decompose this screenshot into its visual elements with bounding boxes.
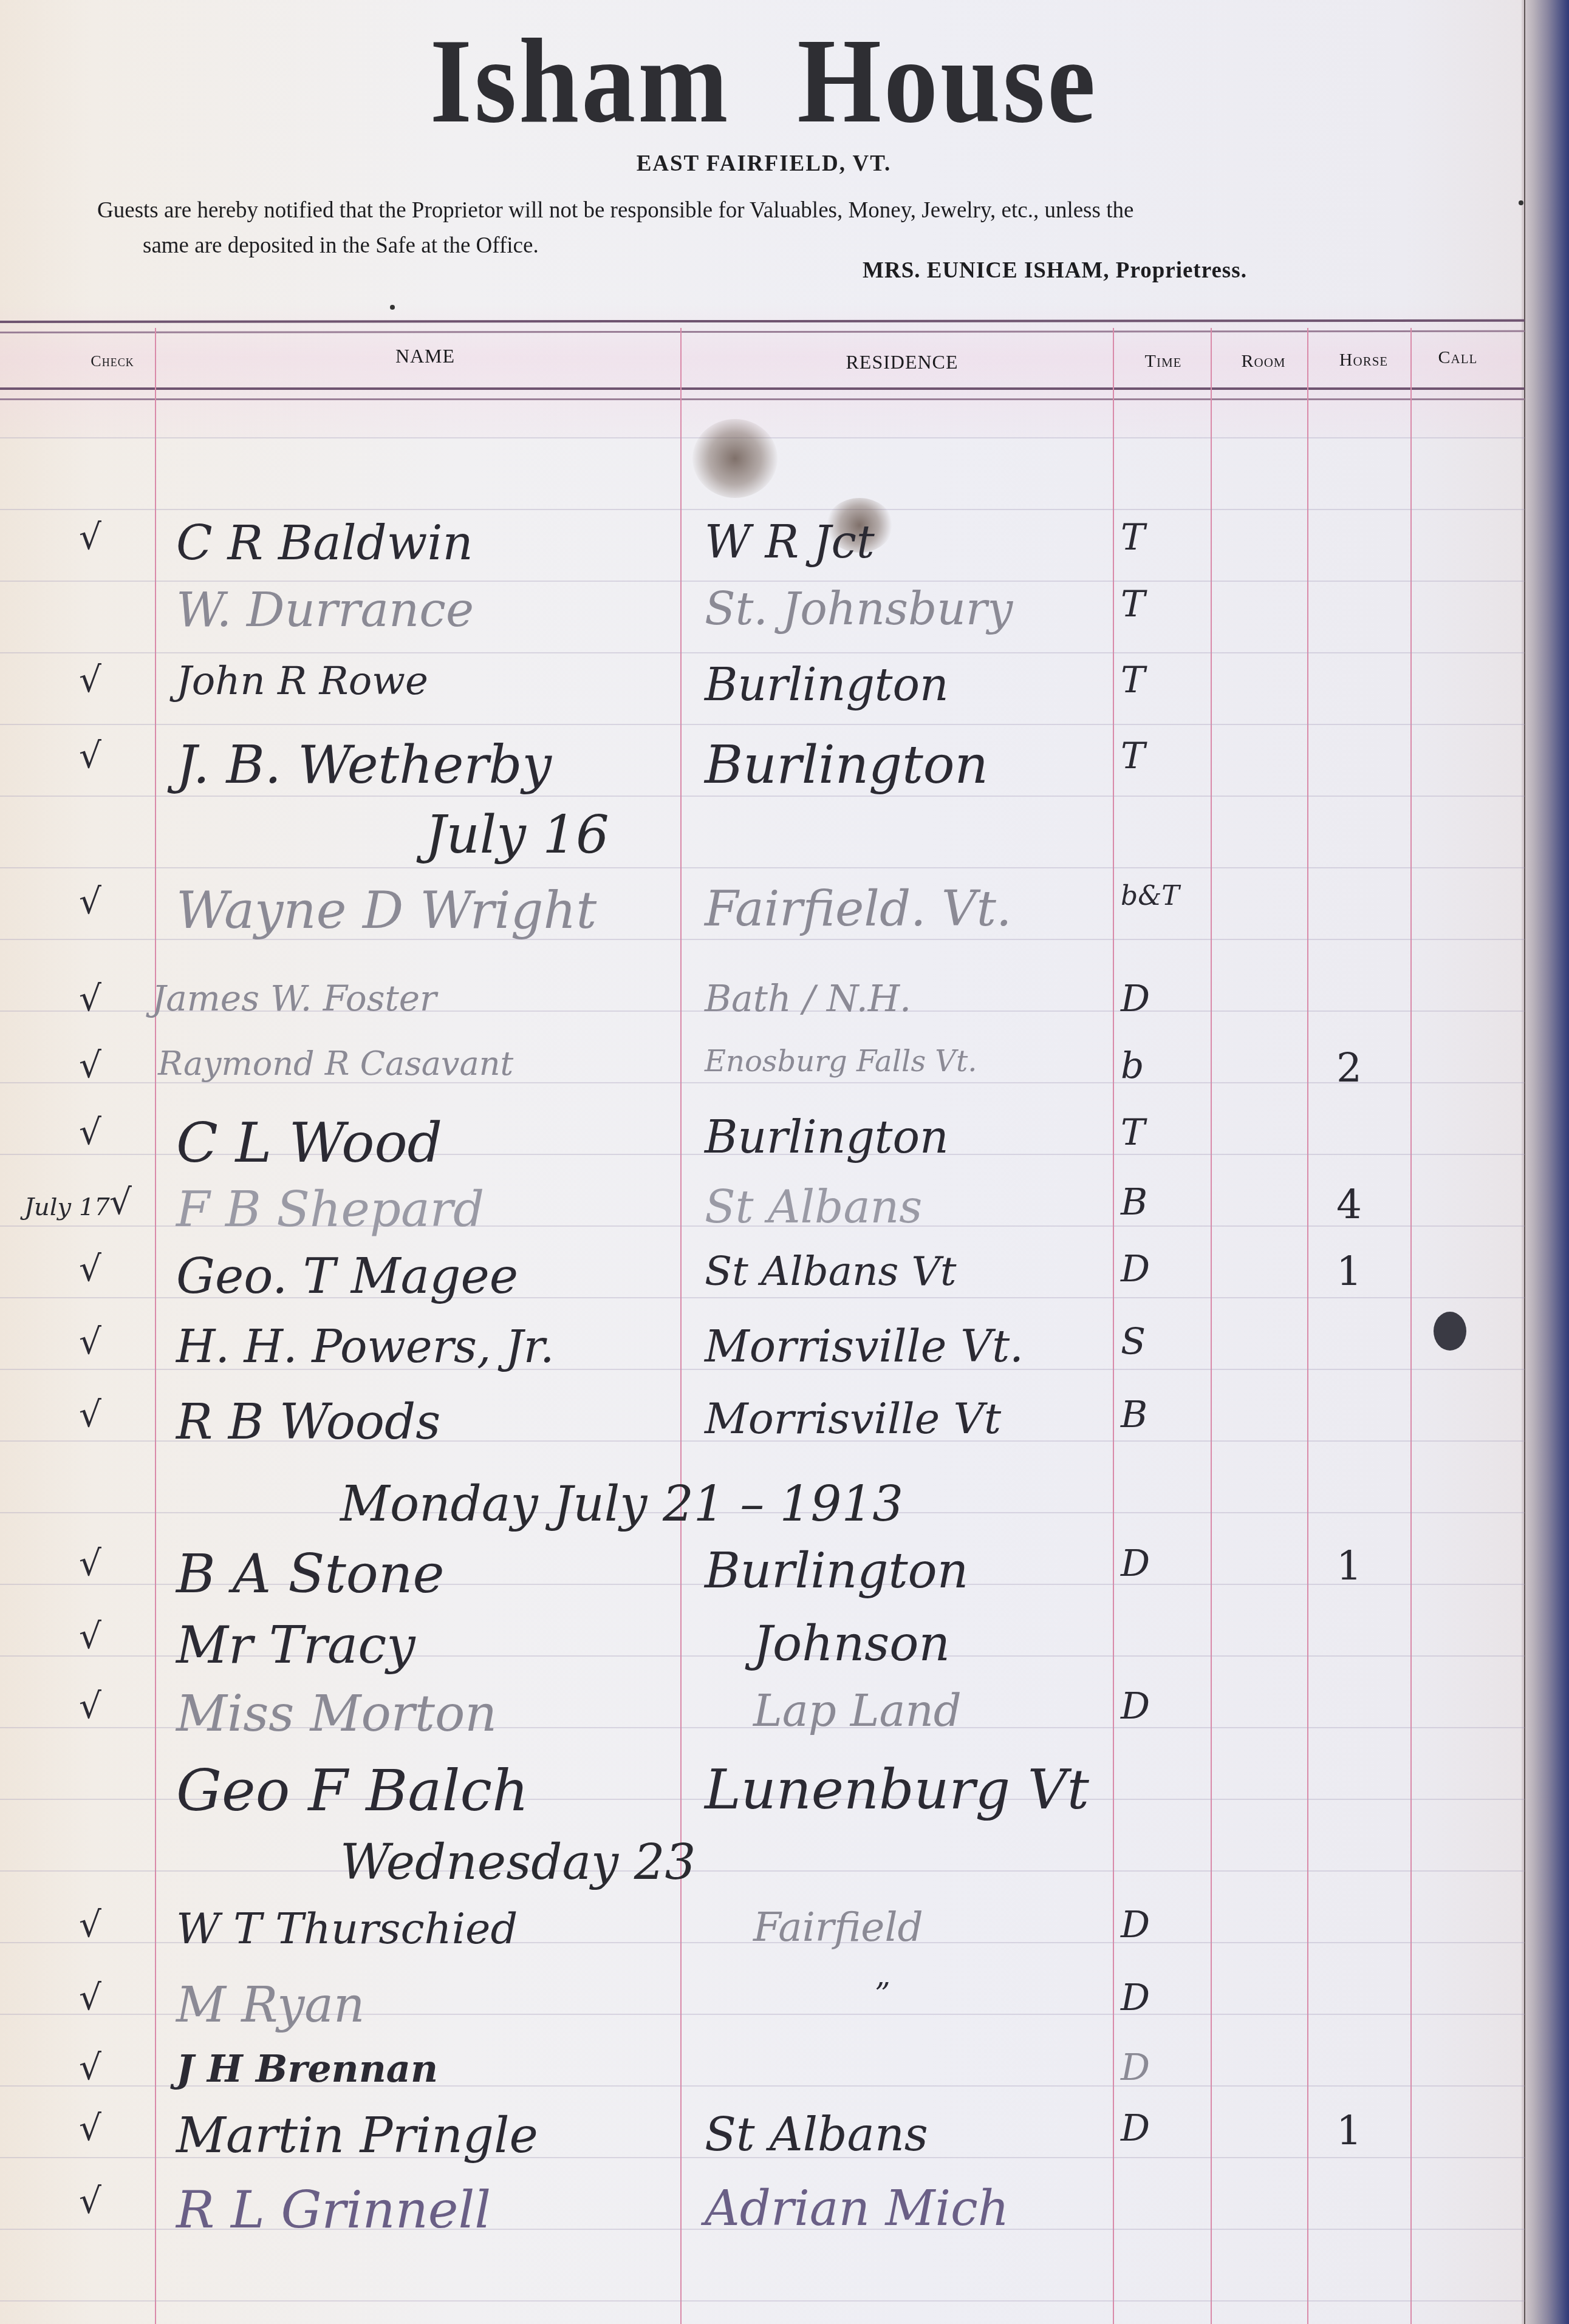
guest-name: C R Baldwin (176, 516, 473, 571)
proprietress-line: MRS. EUNICE ISHAM, Proprietress. (863, 257, 1247, 284)
column-header-name: NAME (364, 345, 486, 367)
guest-name: H. H. Powers, Jr. (176, 1321, 554, 1373)
date-heading-july-16: July 16 (425, 805, 609, 865)
guest-residence: Johnson (753, 1615, 950, 1672)
guest-residence: St Albans (705, 2107, 928, 2161)
check-mark: √ (79, 1248, 101, 1289)
guest-time: D (1121, 1904, 1150, 1946)
check-mark: √ (79, 881, 101, 922)
guest-time: D (1121, 1685, 1150, 1728)
printed-dot (390, 305, 395, 310)
guest-time: S (1121, 1321, 1146, 1363)
column-header-row: Check NAME RESIDENCE Time Room Horse Cal… (0, 328, 1525, 389)
check-mark: √ (79, 2180, 101, 2221)
register-entry: √ B A Stone Burlington D 1 (0, 1542, 1525, 1609)
ruled-line (0, 509, 1525, 510)
guest-time: D (1121, 1248, 1150, 1290)
guest-time: b (1121, 1044, 1144, 1087)
ink-stain (692, 419, 778, 498)
notice-line-1: Guests are hereby notified that the Prop… (97, 198, 1133, 223)
guest-name: Miss Morton (176, 1685, 497, 1743)
guest-residence: Morrisville Vt. (705, 1321, 1024, 1372)
column-header-residence: RESIDENCE (817, 351, 987, 373)
guest-name: Martin Pringle (176, 2107, 538, 2164)
column-header-check: Check (64, 352, 161, 370)
guest-time: b&T (1121, 881, 1180, 912)
register-entry: √ James W. Foster Bath / N.H. D (0, 978, 1525, 1044)
guest-name: Mr Tracy (176, 1615, 415, 1675)
register-entry: √ Wayne D Wright Fairfield. Vt. b&T (0, 881, 1525, 947)
title-word-2: House (798, 13, 1098, 148)
register-entry: √ H. H. Powers, Jr. Morrisville Vt. S (0, 1321, 1525, 1388)
column-header-time: Time (1124, 351, 1203, 372)
guest-residence: Morrisville Vt (705, 1394, 1001, 1443)
guest-residence: St Albans Vt (705, 1248, 957, 1295)
guest-name: Geo F Balch (176, 1758, 529, 1824)
guest-residence: W R Jct (705, 516, 875, 568)
check-mark: √ (79, 2107, 101, 2149)
guest-residence: Lunenburg Vt (705, 1758, 1089, 1822)
book-binding-edge (1522, 0, 1569, 2324)
guest-time: T (1121, 583, 1145, 625)
guest-residence: Lap Land (753, 1685, 962, 1736)
column-header-horse: Horse (1321, 350, 1406, 370)
check-mark: √ (79, 978, 101, 1019)
guest-name: J. B. Wetherby (176, 735, 552, 796)
guest-time: D (1121, 1542, 1150, 1585)
register-entry: √ R B Woods Morrisville Vt B (0, 1394, 1525, 1460)
header-bottom-rule (0, 387, 1525, 400)
check-mark: √ (79, 659, 101, 700)
register-entry: √ R L Grinnell Adrian Mich (0, 2180, 1525, 2247)
guest-time: B (1121, 1181, 1147, 1224)
guest-name: James W. Foster (152, 978, 437, 1019)
guest-horse: 4 (1336, 1181, 1362, 1228)
register-entry: √ J. B. Wetherby Burlington T (0, 735, 1525, 802)
register-entry: √ Mr Tracy Johnson (0, 1615, 1525, 1682)
register-entry: √ C L Wood Burlington T (0, 1111, 1525, 1178)
check-mark: √ (79, 1321, 101, 1362)
guest-residence: Fairfield. Vt. (705, 881, 1011, 937)
column-header-room: Room (1221, 351, 1306, 372)
check-mark: √ (79, 2046, 101, 2088)
column-header-call: Call (1418, 347, 1497, 368)
guest-residence: Fairfield (753, 1904, 923, 1951)
guest-name: W T Thurschied (176, 1904, 518, 1954)
register-entry: W. Durrance St. Johnsbury T (0, 583, 1525, 650)
ruled-line (0, 1870, 1525, 1872)
check-mark: √ (79, 516, 101, 557)
guest-time: D (1121, 2046, 1150, 2089)
ruled-line (0, 2300, 1525, 2302)
guest-time: B (1121, 1394, 1147, 1436)
hotel-location: EAST FAIRFIELD, VT. (0, 151, 1528, 177)
guest-name: W. Durrance (176, 583, 474, 638)
date-heading-monday: Monday July 21 – 1913 (340, 1476, 903, 1532)
guest-residence: Adrian Mich (705, 2180, 1009, 2237)
ruled-line (0, 867, 1525, 868)
proprietress-name: MRS. EUNICE ISHAM, (863, 258, 1110, 283)
guest-horse: 2 (1336, 1044, 1362, 1091)
check-mark: √ (79, 1394, 101, 1435)
guest-horse: 1 (1336, 1248, 1362, 1295)
check-mark: √ (109, 1181, 132, 1222)
guest-name: Raymond R Casavant (158, 1044, 513, 1083)
guest-time: T (1121, 735, 1145, 777)
guest-time: D (1121, 1977, 1150, 2019)
guest-residence: Burlington (705, 1111, 949, 1164)
register-entry: √ Miss Morton Lap Land D (0, 1685, 1525, 1752)
guest-name: R L Grinnell (176, 2180, 491, 2240)
check-mark: √ (79, 1044, 101, 1086)
check-mark: √ (79, 735, 101, 776)
register-entry: √ F B Shepard St Albans B 4 (0, 1181, 1525, 1248)
guest-name: Wayne D Wright (176, 881, 596, 940)
check-mark: √ (79, 1977, 101, 2018)
guest-name: Geo. T Magee (176, 1248, 518, 1304)
guest-residence: Burlington (705, 735, 988, 796)
guest-time: T (1121, 659, 1145, 701)
guest-time: T (1121, 1111, 1145, 1154)
title-word-1: Isham (430, 13, 731, 148)
check-mark: √ (79, 1111, 101, 1153)
date-heading-wednesday: Wednesday 23 (340, 1834, 696, 1890)
guest-name: C L Wood (176, 1111, 442, 1175)
guest-horse: 1 (1336, 1542, 1362, 1589)
guest-horse: 1 (1336, 2107, 1362, 2154)
guest-residence: Burlington (705, 659, 949, 711)
guest-time: D (1121, 978, 1150, 1020)
check-mark: √ (79, 1904, 101, 1945)
register-entry: Geo F Balch Lunenburg Vt (0, 1758, 1525, 1825)
guest-residence: St. Johnsbury (705, 583, 1013, 635)
guest-residence: Bath / N.H. (705, 978, 911, 1020)
guest-name: John R Rowe (176, 659, 428, 704)
register-entry: √ Geo. T Magee St Albans Vt D 1 (0, 1248, 1525, 1315)
guest-name: F B Shepard (176, 1181, 484, 1238)
register-entry: √ Raymond R Casavant Enosburg Falls Vt. … (0, 1044, 1525, 1111)
proprietress-role: Proprietress. (1116, 258, 1247, 283)
guest-residence: Burlington (705, 1542, 968, 1599)
guest-name: J H Brennan (176, 2046, 438, 2091)
register-entry: √ W T Thurschied Fairfield D (0, 1904, 1525, 1971)
register-entry: √ M Ryan ” D (0, 1977, 1525, 2043)
guest-name: R B Woods (176, 1394, 440, 1450)
hotel-title: IshamHouse (0, 11, 1528, 151)
valuables-notice: Guests are hereby notified that the Prop… (97, 193, 1421, 264)
guest-time: D (1121, 2107, 1150, 2150)
guest-residence: St Albans (705, 1181, 922, 1233)
check-mark: √ (79, 1685, 101, 1726)
register-entry: √ J H Brennan D (0, 2046, 1525, 2113)
check-mark: √ (79, 1542, 101, 1584)
guest-name: B A Stone (176, 1542, 445, 1605)
guest-residence: ” (875, 1977, 890, 2012)
guest-time: T (1121, 516, 1145, 559)
margin-dot (1519, 200, 1523, 205)
register-entry: √ Martin Pringle St Albans D 1 (0, 2107, 1525, 2174)
check-mark: √ (79, 1615, 101, 1657)
ruled-line (0, 652, 1525, 653)
register-entry: √ John R Rowe Burlington T (0, 659, 1525, 726)
guest-name: M Ryan (176, 1977, 365, 2033)
register-entry: √ C R Baldwin W R Jct T (0, 516, 1525, 583)
guest-residence: Enosburg Falls Vt. (705, 1044, 977, 1079)
